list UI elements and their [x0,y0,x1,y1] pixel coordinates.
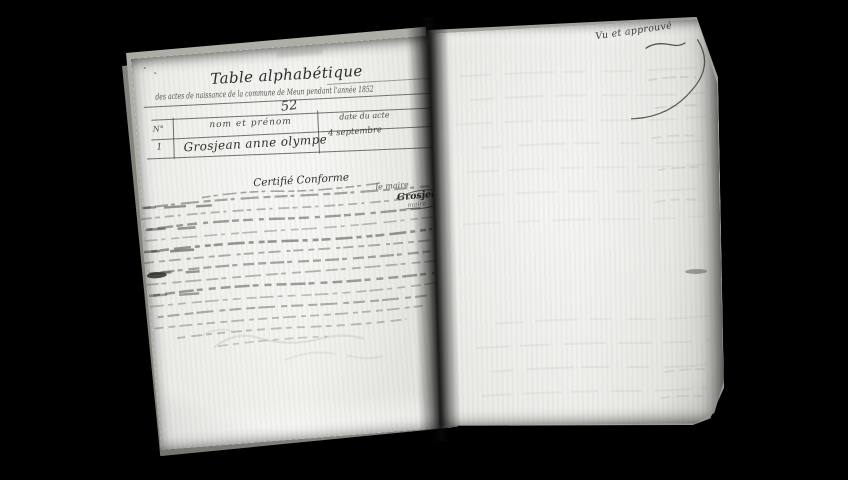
right-page: Vu et approuvé [429,19,724,429]
alphabetical-table: N° nom et prénom date du acte 1 Grosjean… [149,107,438,160]
faint-archive-stamp [276,46,323,58]
right-page-ghost-lines [429,19,724,429]
edge-smudge [685,269,707,274]
page-subtitle: des actes de naissance de la commune de … [155,85,374,103]
ink-fleck [144,67,146,69]
left-page: Table alphabétique des actes de naissanc… [131,36,458,450]
year-mark: 52 [280,98,298,115]
table-row-number: 1 [156,142,162,152]
ghost-writing-marks [193,315,415,385]
ink-fleck [154,72,156,74]
page-title: Table alphabétique [198,61,375,88]
left-page-content: Table alphabétique des actes de naissanc… [143,66,449,442]
table-row-date: 4 septembre [328,125,383,139]
book-scan: Table alphabétique des actes de naissanc… [0,0,848,480]
table-row-name: Grosjean anne olympe [183,132,327,154]
column-header-no: N° [153,124,164,133]
